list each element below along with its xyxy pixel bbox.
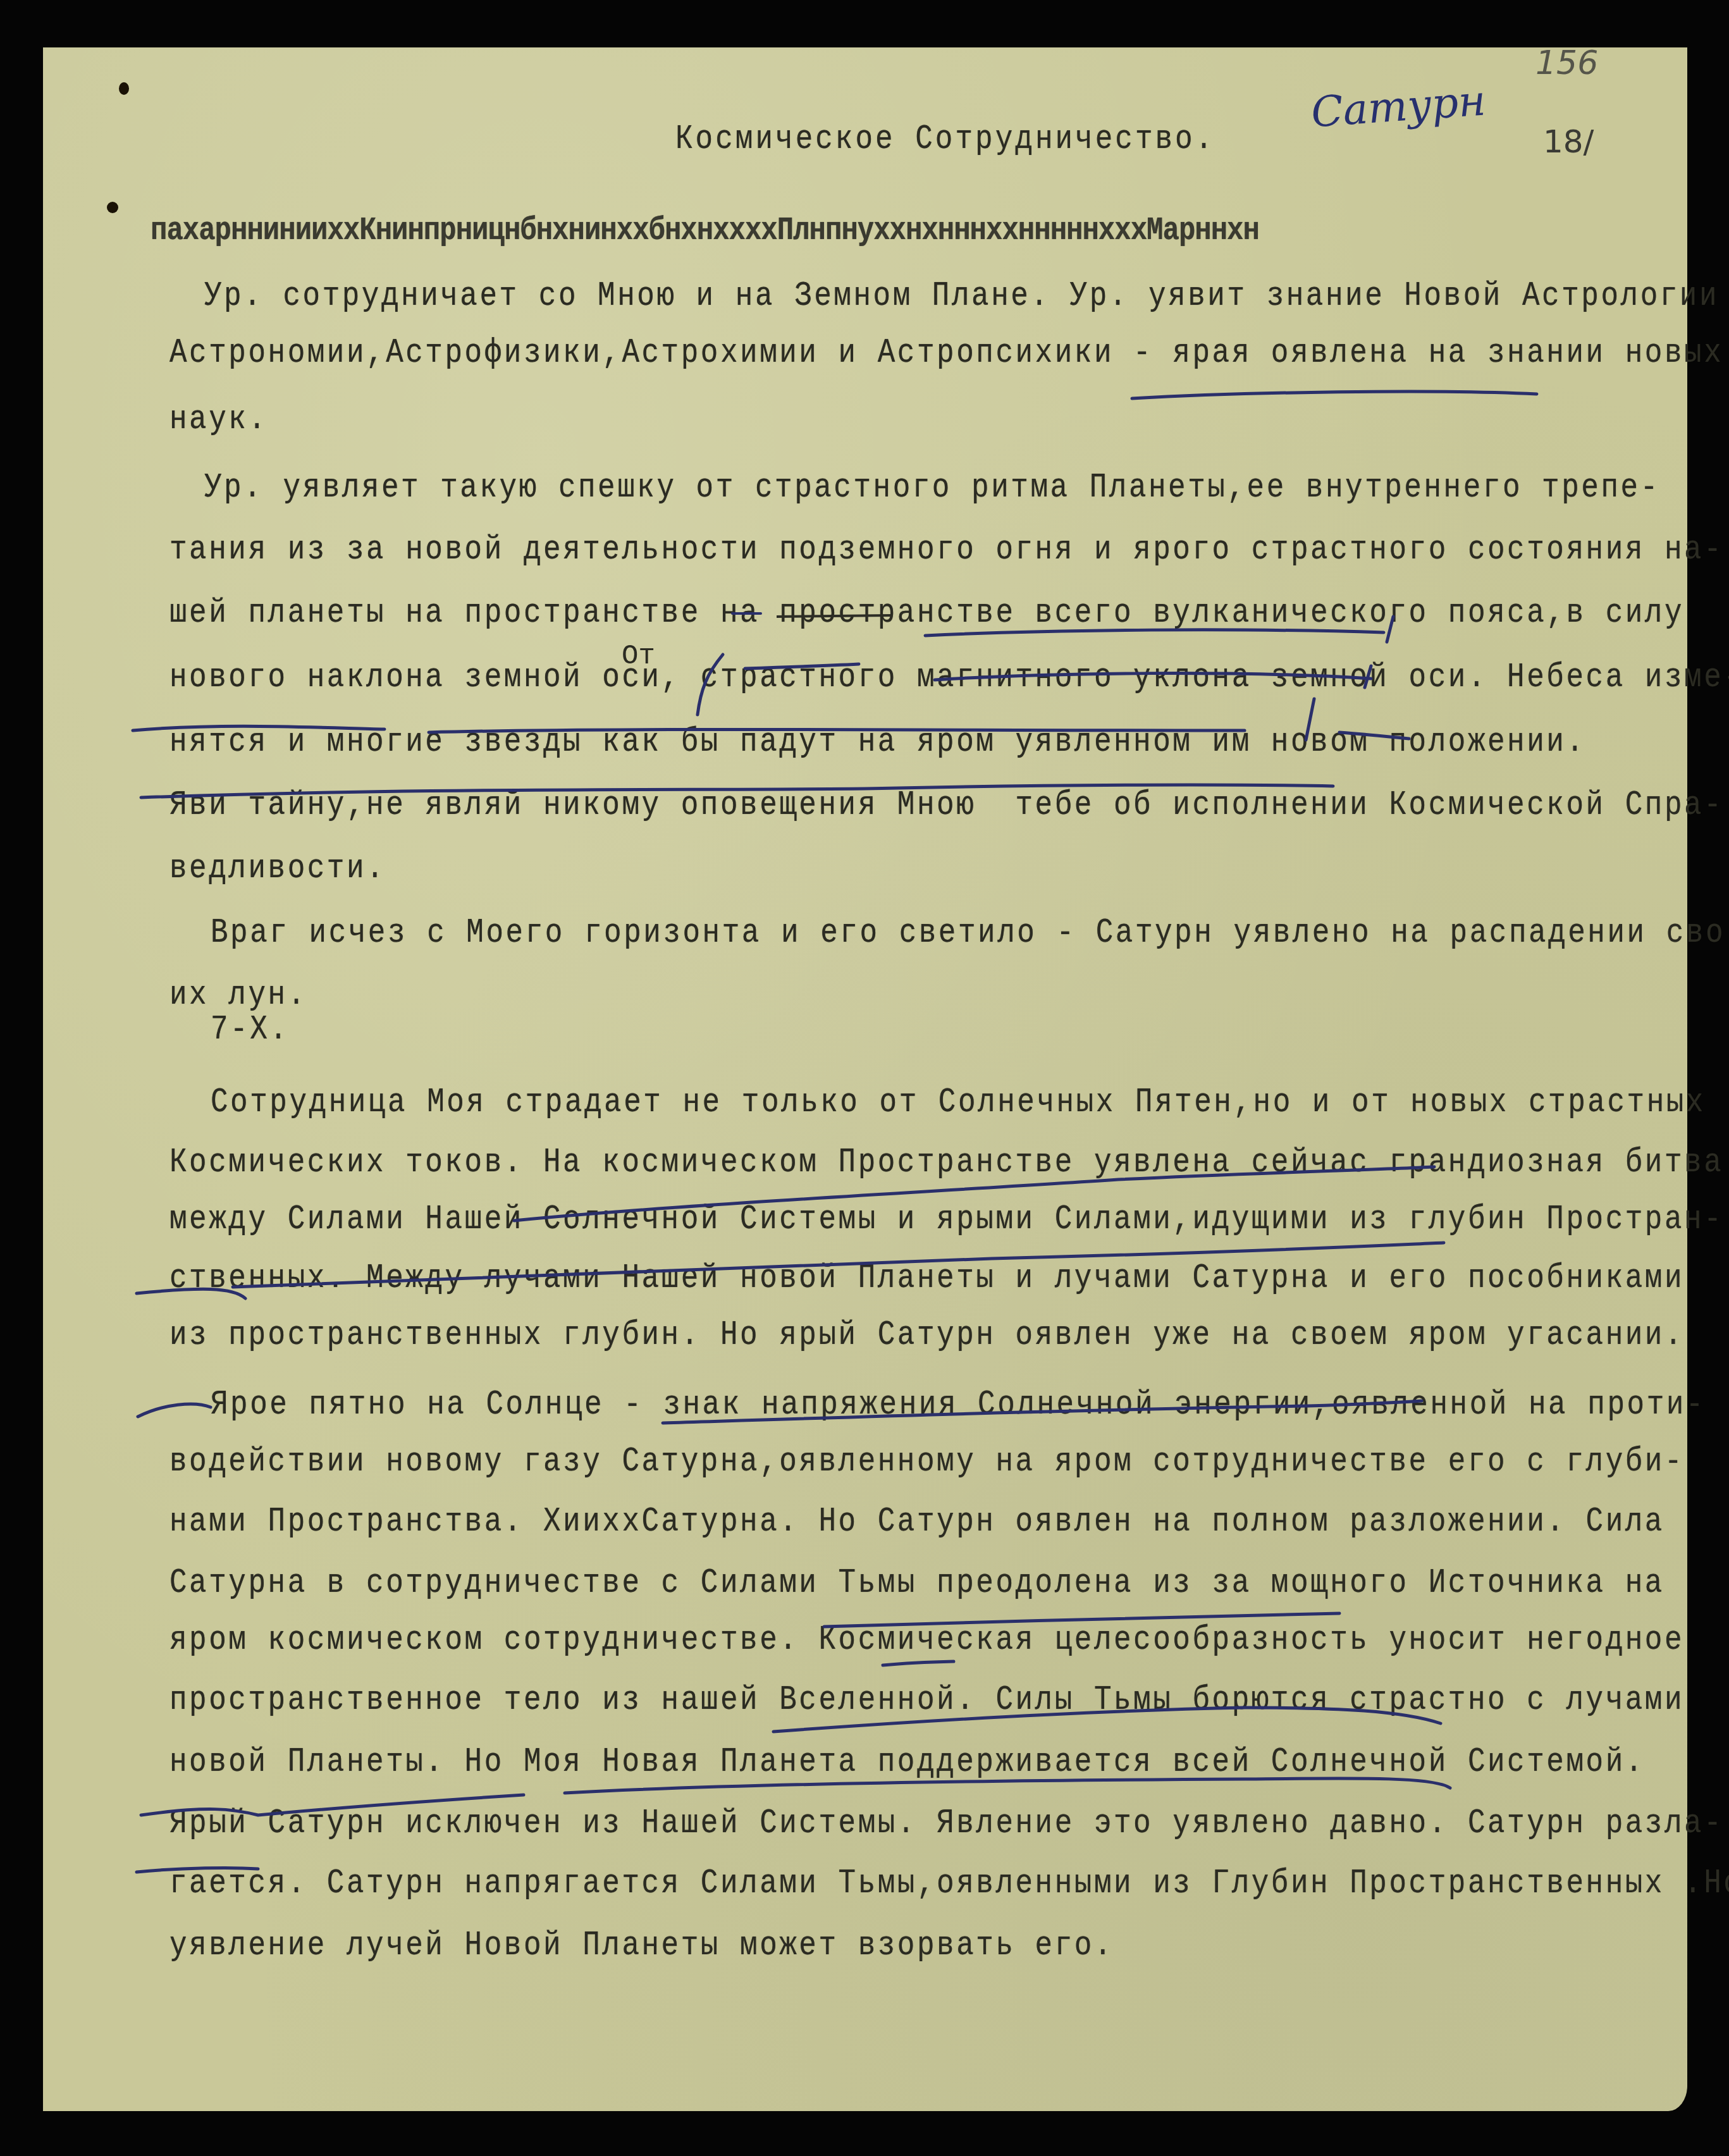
pencil-underlines — [43, 47, 1687, 2111]
document-page: 156 18/ Сатурн Космическое Сотрудничеств… — [43, 47, 1687, 2111]
